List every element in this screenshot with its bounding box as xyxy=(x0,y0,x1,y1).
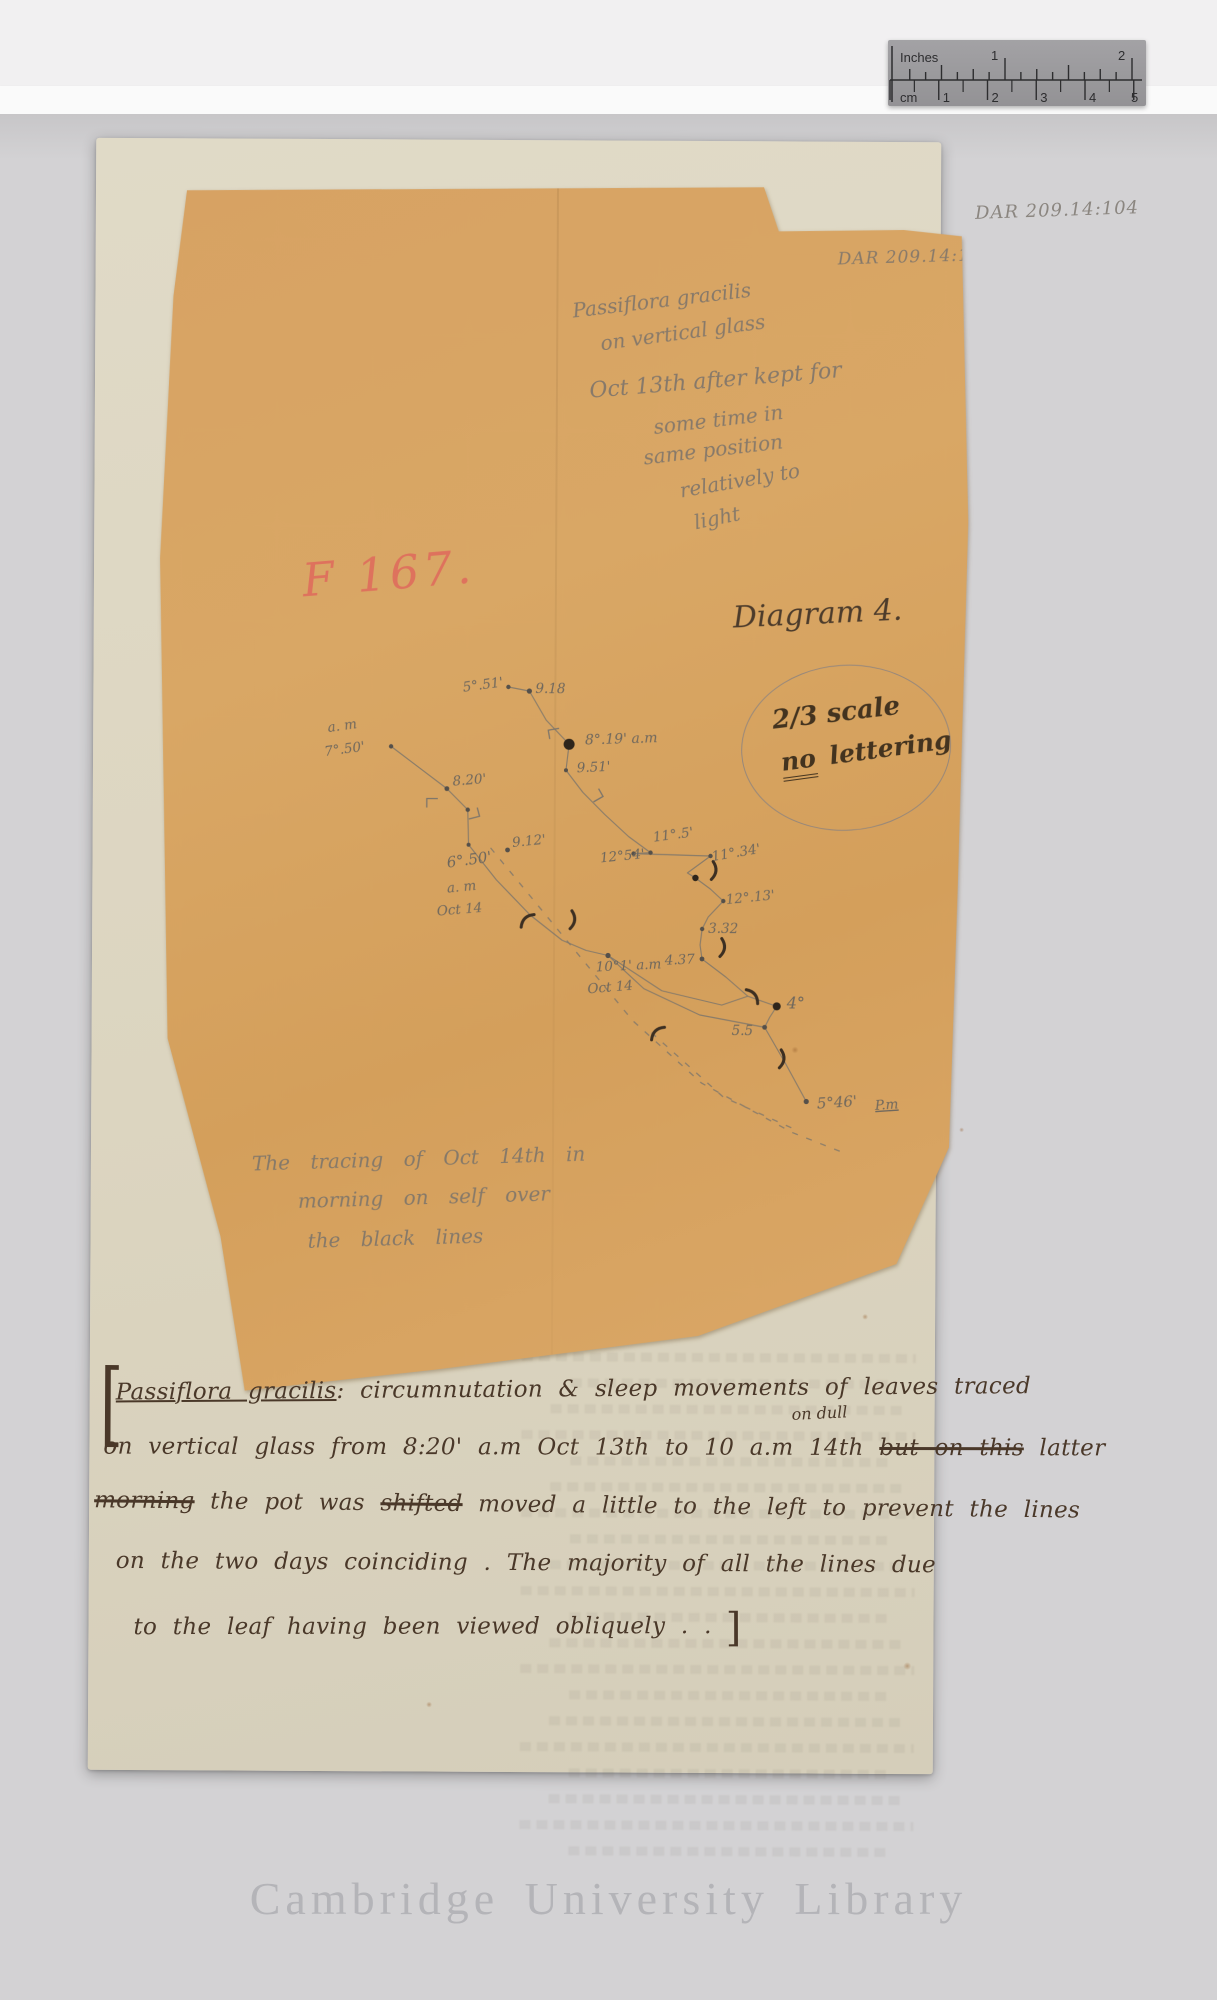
pencil-note-line: The tracing of Oct 14th in xyxy=(252,1142,586,1176)
bleed-through-line xyxy=(570,1534,890,1545)
bleed-through-line xyxy=(521,1586,915,1597)
struck-text: shifted xyxy=(380,1490,462,1517)
bleed-through-line xyxy=(520,1664,914,1675)
ruler-cm-number: 1 xyxy=(943,90,950,105)
foxing-spot xyxy=(959,1127,964,1132)
manuscript-line: morning the pot was shifted moved a litt… xyxy=(94,1487,1080,1523)
trace-point xyxy=(389,744,393,748)
bleed-through-line xyxy=(569,1768,889,1779)
header-note: Passiflora gracilison vertical glassOct … xyxy=(510,280,871,517)
time-label: Oct 14 xyxy=(436,900,483,920)
time-label: 4° xyxy=(786,993,805,1012)
trace-point xyxy=(648,850,652,854)
library-watermark: Cambridge University Library xyxy=(0,1872,1217,1925)
ruler-cm-label: cm xyxy=(900,90,917,105)
trace-point xyxy=(804,1099,809,1104)
foxing-spot xyxy=(426,1702,432,1708)
trace-line xyxy=(390,746,609,955)
time-label: 9.12' xyxy=(511,832,546,851)
time-label: 5°.51' xyxy=(462,674,504,695)
time-label: 8.20' xyxy=(452,771,487,790)
close-bracket: ] xyxy=(726,1605,742,1651)
trace-point xyxy=(527,688,532,693)
trace-point xyxy=(444,786,449,791)
manuscript-text: on the two days coinciding . The majorit… xyxy=(116,1548,936,1578)
pencil-note-line: morning on self over xyxy=(297,1180,585,1213)
manuscript-text: : circumnutation & sleep movements of le… xyxy=(336,1373,1031,1404)
bleed-through-line xyxy=(568,1846,888,1857)
manuscript-text: Passiflora gracilis xyxy=(116,1378,337,1406)
manuscript-line: to the leaf having been viewed obliquely… xyxy=(133,1605,741,1652)
trace-point xyxy=(692,875,698,881)
trace-point xyxy=(564,739,575,750)
bleed-through-line xyxy=(549,1716,902,1727)
ink-check-mark xyxy=(714,939,728,957)
insertion-note: on dull xyxy=(791,1402,848,1424)
ink-check-mark xyxy=(774,1050,788,1068)
trace-point xyxy=(506,685,510,689)
ruler-inch-number: 2 xyxy=(1118,48,1125,63)
ruler-markings: Inchescm1212345 xyxy=(888,40,1146,106)
mount-sheet: DAR 209.14:103 Passiflora gracilison ver… xyxy=(88,138,942,1774)
trace-point xyxy=(773,1002,781,1010)
bleed-through-line xyxy=(550,1482,903,1493)
trace-point xyxy=(466,808,470,812)
manuscript-line: on vertical glass from 8:20' a.m Oct 13t… xyxy=(103,1434,1105,1462)
time-label: a. m xyxy=(327,716,358,736)
manuscript-text: to the leaf having been viewed obliquely… xyxy=(133,1613,711,1640)
time-label: P.m xyxy=(873,1096,898,1114)
time-label: 12°54' xyxy=(599,846,645,866)
time-label: Oct 14 xyxy=(587,978,634,998)
time-label: a. m xyxy=(446,878,477,897)
bleed-through-line xyxy=(550,1404,903,1415)
tracing-paper-wrap: DAR 209.14:103 Passiflora gracilison ver… xyxy=(156,183,974,1397)
footer-note: The tracing of Oct 14th inmorning on sel… xyxy=(251,1146,585,1250)
manuscript-line: on the two days coinciding . The majorit… xyxy=(116,1548,936,1578)
trace-point xyxy=(467,843,471,847)
trace-line-dashed xyxy=(651,1033,796,1130)
time-label: 12°.13' xyxy=(725,887,775,908)
time-label: 3.32 xyxy=(708,921,738,937)
time-label: 10°1' a.m xyxy=(595,956,661,975)
time-label: 6°.50' xyxy=(446,848,493,872)
time-label: 5°46' xyxy=(816,1092,857,1113)
time-label: 9.51' xyxy=(576,759,610,777)
foxing-spot xyxy=(791,1046,798,1053)
time-label: 5.5 xyxy=(732,1023,754,1039)
struck-text: but on this xyxy=(879,1435,1024,1461)
time-label: 9.18 xyxy=(535,681,566,697)
tracing-paper: DAR 209.14:103 Passiflora gracilison ver… xyxy=(156,183,974,1397)
folio-number-red: F 167. xyxy=(300,539,477,607)
scale-ruler: Inchescm1212345 xyxy=(888,40,1146,106)
time-label: 11°.5' xyxy=(652,824,694,845)
ink-check-mark xyxy=(565,911,579,929)
trace-line xyxy=(607,955,807,1101)
ruler-inch-number: 1 xyxy=(991,48,998,63)
ruler-cm-number: 5 xyxy=(1131,90,1138,105)
foxing-spot xyxy=(862,1314,868,1320)
pencil-arrow-mark xyxy=(427,799,438,808)
scanned-document: Inchescm1212345 DAR 209.14:104 DAR 209.1… xyxy=(0,0,1217,2000)
manuscript-text: the pot was xyxy=(194,1488,380,1516)
ruler-cm-number: 2 xyxy=(992,90,999,105)
bleed-through-line xyxy=(548,1794,901,1805)
ruler-cm-number: 4 xyxy=(1089,90,1096,105)
bleed-through-line xyxy=(569,1690,889,1701)
ruler-inches-label: Inches xyxy=(900,50,939,65)
bleed-through-line xyxy=(519,1820,913,1831)
time-label: 4.37 xyxy=(663,951,695,968)
ink-check-mark xyxy=(518,914,536,928)
movement-trace-diagram: a. m7°.50'8.20'9.12'6°.50'a. mOct 145°.5… xyxy=(249,639,952,1203)
pencil-note-line: the black lines xyxy=(307,1221,585,1253)
struck-text: morning xyxy=(94,1487,195,1514)
bleed-through-line xyxy=(520,1742,914,1753)
trace-point xyxy=(505,848,510,853)
time-label: 8°.19' a.m xyxy=(585,730,658,748)
diagram-title: Diagram 4. xyxy=(732,593,903,636)
ruler-cm-number: 3 xyxy=(1040,90,1047,105)
manuscript-text: on vertical glass from 8:20' a.m Oct 13t… xyxy=(103,1434,879,1461)
manuscript-text: latter xyxy=(1024,1435,1106,1461)
trace-point xyxy=(564,768,568,772)
foxing-spot xyxy=(903,1662,911,1670)
time-label: 7°.50' xyxy=(323,739,365,760)
trace-point xyxy=(605,953,610,958)
trace-point xyxy=(762,1025,767,1030)
trace-point xyxy=(700,927,704,931)
time-label: 11°.34' xyxy=(710,841,761,865)
trace-point xyxy=(700,957,705,962)
catalog-number-sheet: DAR 209.14:104 xyxy=(975,197,1140,224)
